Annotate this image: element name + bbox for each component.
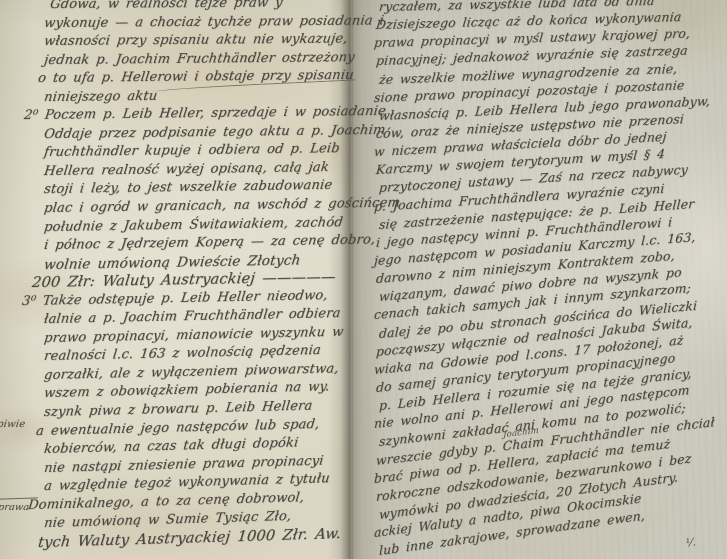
handwritten-line: własności przy spisaniu aktu nie wykazuj… (43, 30, 353, 51)
margin-note-piwie: piwie (0, 419, 26, 430)
manuscript-photo: Gdowa, w realności tejże praw ywykonuje … (0, 0, 727, 559)
margin-note-prawa: prawa (0, 502, 30, 513)
right-page-text: ryczałem, za wszystkie luba lata od dnia… (366, 0, 716, 559)
corner-ink-mark: ⅟. (685, 535, 696, 549)
